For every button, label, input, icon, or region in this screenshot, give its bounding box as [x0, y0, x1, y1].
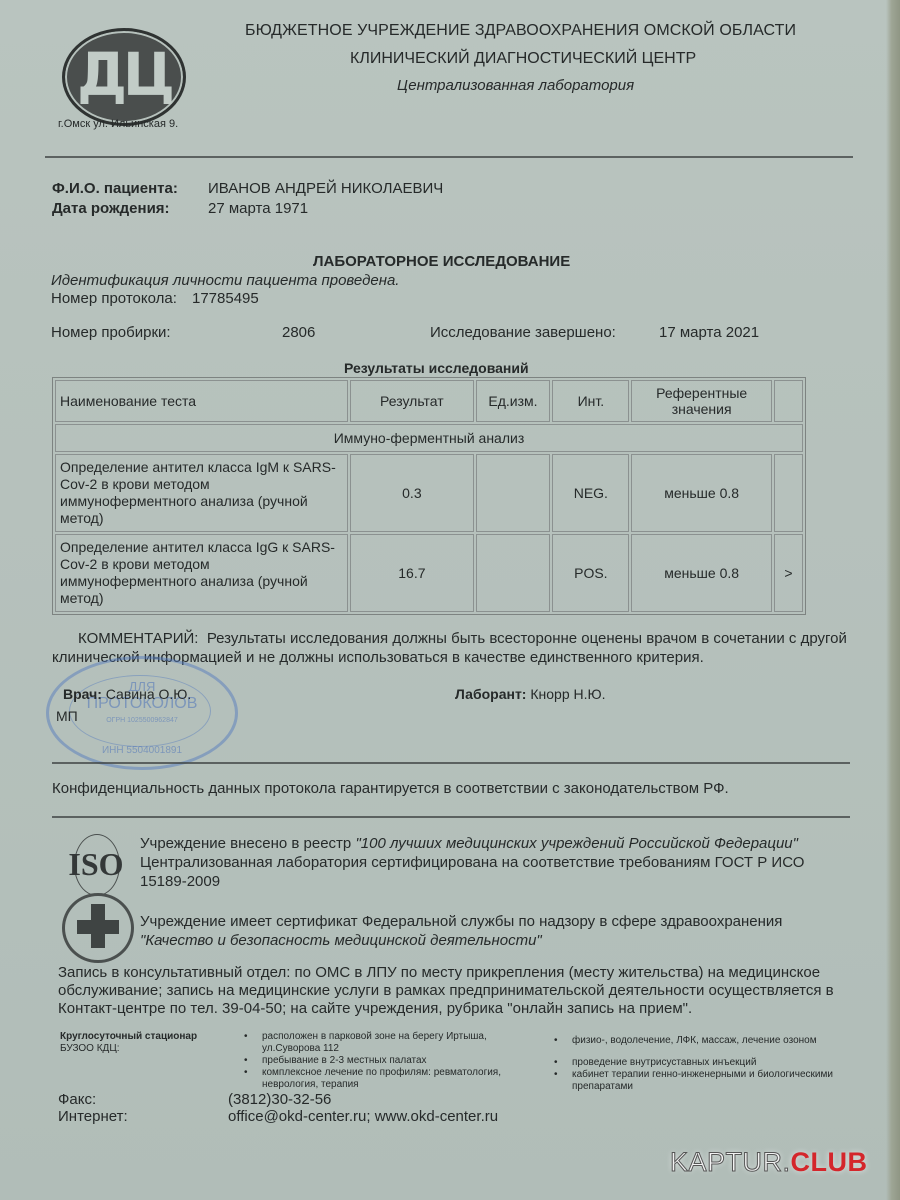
header-divider	[45, 156, 853, 158]
hospital-features-left: расположен в парковой зоне на берегу Ирт…	[242, 1031, 532, 1091]
protocol-label: Номер протокола:	[51, 290, 177, 307]
patient-dob: 27 марта 1971	[208, 200, 308, 217]
internet-label: Интернет:	[58, 1108, 128, 1125]
table-header-row: Наименование теста Результат Ед.изм. Инт…	[55, 380, 803, 422]
test-reference: меньше 0.8	[631, 454, 772, 532]
completed-label: Исследование завершено:	[430, 324, 616, 341]
confidentiality-note: Конфиденциальность данных протокола гара…	[52, 780, 729, 797]
seal-mark: МП	[56, 708, 78, 724]
table-row: Определение антител класса IgG к SARS-Co…	[55, 534, 803, 612]
col-header-interpretation: Инт.	[552, 380, 629, 422]
logo-text: ДЦ	[65, 41, 183, 109]
table-group-row: Иммуно-ферментный анализ	[55, 424, 803, 452]
test-name: Определение антител класса IgG к SARS-Co…	[55, 534, 348, 612]
gost-line: Централизованная лаборатория сертифициро…	[140, 853, 850, 891]
hospital-subtitle: БУЗОО КДЦ:	[60, 1043, 120, 1054]
col-header-unit: Ед.изм.	[476, 380, 551, 422]
table-row: Определение антител класса IgM к SARS-Co…	[55, 454, 803, 532]
tube-label: Номер пробирки:	[51, 324, 171, 341]
test-unit	[476, 534, 551, 612]
roszdrav-text: Учреждение имеет сертификат Федеральной …	[140, 912, 840, 950]
paper-edge-shadow	[886, 0, 900, 1200]
protocol-number: 17785495	[192, 290, 259, 307]
org-name-line2: КЛИНИЧЕСКИЙ ДИАГНОСТИЧЕСКИЙ ЦЕНТР	[350, 50, 696, 68]
internet-contacts[interactable]: office@okd-center.ru; www.okd-center.ru	[228, 1108, 498, 1125]
roszdravnadzor-emblem-icon	[62, 893, 134, 963]
org-name-line1: БЮДЖЕТНОЕ УЧРЕЖДЕНИЕ ЗДРАВООХРАНЕНИЯ ОМС…	[245, 22, 796, 40]
appointment-info: Запись в консультативный отдел: по ОМС в…	[58, 964, 848, 1018]
test-result: 0.3	[350, 454, 474, 532]
col-header-reference: Референтные значения	[631, 380, 772, 422]
lab-label: Лаборант:	[455, 686, 526, 702]
fax-label: Факс:	[58, 1091, 96, 1108]
list-item: кабинет терапии генно-инженерными и биол…	[552, 1069, 852, 1093]
patient-name: ИВАНОВ АНДРЕЙ НИКОЛАЕВИЧ	[208, 180, 443, 197]
col-header-flag	[774, 380, 803, 422]
stamp-inn: ИНН 5504001891	[49, 745, 235, 756]
list-item: проведение внутрисуставных инъекций	[552, 1057, 852, 1069]
list-item: расположен в парковой зоне на берегу Ирт…	[242, 1031, 532, 1055]
identification-note: Идентификация личности пациента проведен…	[51, 272, 399, 289]
lab-name: Кнорр Н.Ю.	[530, 686, 605, 702]
list-item: комплексное лечение по профилям: ревмато…	[242, 1067, 532, 1091]
clinic-address: г.Омск ул. Ильинская 9.	[58, 118, 178, 130]
test-interpretation: NEG.	[552, 454, 629, 532]
registry-line: Учреждение внесено в реестр "100 лучших …	[140, 834, 850, 853]
study-title: ЛАБОРАТОРНОЕ ИССЛЕДОВАНИЕ	[313, 253, 570, 270]
clinic-logo: ДЦ	[62, 28, 186, 126]
results-title: Результаты исследований	[344, 360, 529, 376]
completed-date: 17 марта 2021	[659, 324, 759, 341]
org-department: Централизованная лаборатория	[397, 77, 634, 94]
iso-icon: ISO	[60, 834, 132, 896]
patient-name-label: Ф.И.О. пациента:	[52, 180, 178, 197]
test-reference: меньше 0.8	[631, 534, 772, 612]
doctor-signature: Врач: Савина О.Ю.	[63, 686, 191, 702]
results-table: Наименование теста Результат Ед.изм. Инт…	[52, 377, 806, 615]
hospital-features-right: физио-, водолечение, ЛФК, массаж, лечени…	[552, 1035, 852, 1093]
doctor-label: Врач:	[63, 686, 102, 702]
col-header-result: Результат	[350, 380, 474, 422]
test-flag: >	[774, 534, 803, 612]
test-result: 16.7	[350, 534, 474, 612]
lab-signature: Лаборант: Кнорр Н.Ю.	[455, 686, 606, 702]
iso-label: ISO	[60, 846, 132, 883]
divider	[52, 762, 850, 764]
test-flag	[774, 454, 803, 532]
test-name: Определение антител класса IgM к SARS-Co…	[55, 454, 348, 532]
doctor-name: Савина О.Ю.	[106, 686, 192, 702]
patient-dob-label: Дата рождения:	[52, 200, 170, 217]
tube-number: 2806	[282, 324, 315, 341]
list-item: пребывание в 2-3 местных палатах	[242, 1055, 532, 1067]
test-interpretation: POS.	[552, 534, 629, 612]
col-header-test: Наименование теста	[55, 380, 348, 422]
test-unit	[476, 454, 551, 532]
fax-number: (3812)30-32-56	[228, 1091, 331, 1108]
group-label: Иммуно-ферментный анализ	[55, 424, 803, 452]
hospital-title: Круглосуточный стационар	[60, 1031, 197, 1042]
watermark-logo: KAPTUR.CLUB	[670, 1147, 868, 1178]
comment-label: КОММЕНТАРИЙ:	[78, 630, 198, 647]
divider	[52, 816, 850, 818]
list-item: физио-, водолечение, ЛФК, массаж, лечени…	[552, 1035, 852, 1047]
certification-text: Учреждение внесено в реестр "100 лучших …	[140, 834, 850, 891]
